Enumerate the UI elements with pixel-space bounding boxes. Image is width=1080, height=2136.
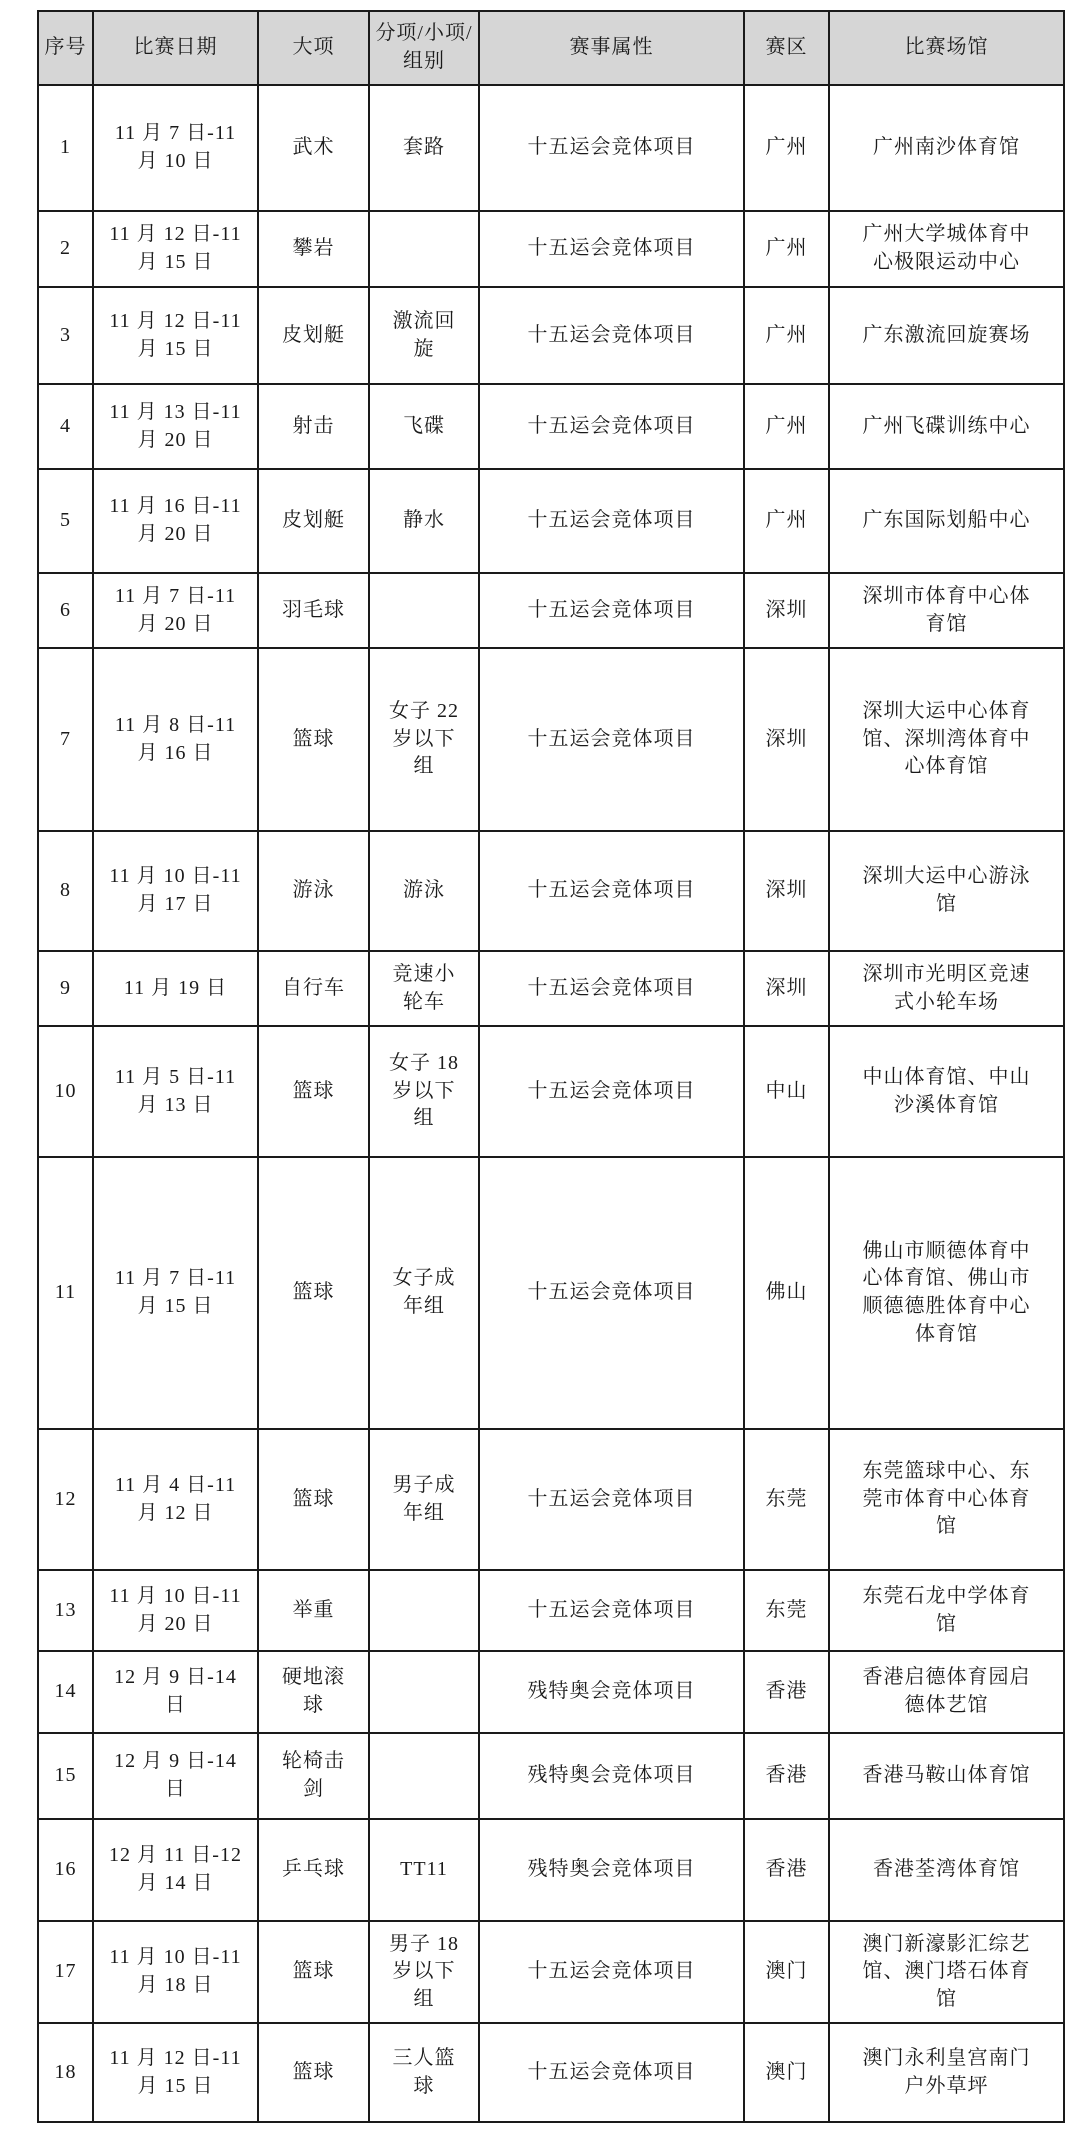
cell-zone: 香港 [744,1819,829,1921]
cell-subevent [369,573,479,648]
cell-index: 3 [38,287,93,384]
cell-sport: 游泳 [258,831,369,951]
cell-index: 1 [38,85,93,211]
cell-zone: 深圳 [744,831,829,951]
cell-sport: 硬地滚球 [258,1651,369,1733]
cell-zone: 广州 [744,287,829,384]
cell-attribute: 十五运会竞体项目 [479,384,744,469]
cell-index: 13 [38,1570,93,1651]
cell-index: 2 [38,211,93,287]
cell-attribute: 十五运会竞体项目 [479,1921,744,2023]
cell-venue: 广州南沙体育馆 [829,85,1064,211]
header-row: 序号 比赛日期 大项 分项/小项/组别 赛事属性 赛区 比赛场馆 [38,11,1064,85]
cell-subevent: 女子 22 岁以下组 [369,648,479,831]
cell-date: 11 月 12 日-11 月 15 日 [93,211,258,287]
cell-attribute: 十五运会竞体项目 [479,287,744,384]
cell-date: 12 月 11 日-12 月 14 日 [93,1819,258,1921]
cell-subevent: 激流回旋 [369,287,479,384]
cell-subevent: 三人篮球 [369,2023,479,2122]
column-header-sport: 大项 [258,11,369,85]
cell-attribute: 残特奥会竞体项目 [479,1651,744,1733]
cell-sport: 篮球 [258,1921,369,2023]
cell-subevent: 游泳 [369,831,479,951]
column-header-subevent: 分项/小项/组别 [369,11,479,85]
cell-sport: 武术 [258,85,369,211]
cell-zone: 佛山 [744,1157,829,1429]
cell-subevent: 男子成年组 [369,1429,479,1570]
cell-subevent: 竞速小轮车 [369,951,479,1026]
cell-date: 12 月 9 日-14 日 [93,1733,258,1819]
cell-index: 18 [38,2023,93,2122]
cell-subevent: 静水 [369,469,479,573]
cell-zone: 深圳 [744,951,829,1026]
cell-zone: 澳门 [744,1921,829,2023]
cell-venue: 佛山市顺德体育中心体育馆、佛山市顺德德胜体育中心体育馆 [829,1157,1064,1429]
table-row: 7 11 月 8 日-11 月 16 日 篮球 女子 22 岁以下组 十五运会竞… [38,648,1064,831]
cell-date: 11 月 10 日-11 月 17 日 [93,831,258,951]
cell-index: 10 [38,1026,93,1157]
cell-sport: 皮划艇 [258,287,369,384]
cell-index: 9 [38,951,93,1026]
cell-attribute: 十五运会竞体项目 [479,648,744,831]
cell-sport: 篮球 [258,1429,369,1570]
cell-attribute: 残特奥会竞体项目 [479,1733,744,1819]
cell-venue: 香港启德体育园启德体艺馆 [829,1651,1064,1733]
cell-index: 6 [38,573,93,648]
cell-attribute: 残特奥会竞体项目 [479,1819,744,1921]
cell-zone: 澳门 [744,2023,829,2122]
table-row: 13 11 月 10 日-11 月 20 日 举重 十五运会竞体项目 东莞 东莞… [38,1570,1064,1651]
table-row: 16 12 月 11 日-12 月 14 日 乒乓球 TT11 残特奥会竞体项目… [38,1819,1064,1921]
cell-attribute: 十五运会竞体项目 [479,211,744,287]
table-row: 3 11 月 12 日-11 月 15 日 皮划艇 激流回旋 十五运会竞体项目 … [38,287,1064,384]
cell-zone: 香港 [744,1651,829,1733]
cell-zone: 东莞 [744,1429,829,1570]
cell-date: 11 月 7 日-11 月 15 日 [93,1157,258,1429]
cell-date: 11 月 4 日-11 月 12 日 [93,1429,258,1570]
cell-index: 17 [38,1921,93,2023]
cell-venue: 广州飞碟训练中心 [829,384,1064,469]
cell-venue: 广东国际划船中心 [829,469,1064,573]
column-header-attribute: 赛事属性 [479,11,744,85]
cell-attribute: 十五运会竞体项目 [479,2023,744,2122]
cell-sport: 篮球 [258,648,369,831]
cell-sport: 轮椅击剑 [258,1733,369,1819]
cell-date: 11 月 13 日-11 月 20 日 [93,384,258,469]
cell-venue: 中山体育馆、中山沙溪体育馆 [829,1026,1064,1157]
cell-index: 7 [38,648,93,831]
cell-date: 12 月 9 日-14 日 [93,1651,258,1733]
cell-zone: 广州 [744,384,829,469]
cell-index: 5 [38,469,93,573]
cell-attribute: 十五运会竞体项目 [479,1026,744,1157]
cell-index: 4 [38,384,93,469]
cell-attribute: 十五运会竞体项目 [479,951,744,1026]
cell-zone: 深圳 [744,648,829,831]
cell-zone: 中山 [744,1026,829,1157]
cell-sport: 自行车 [258,951,369,1026]
cell-venue: 广东激流回旋赛场 [829,287,1064,384]
cell-index: 16 [38,1819,93,1921]
cell-attribute: 十五运会竞体项目 [479,573,744,648]
cell-venue: 东莞石龙中学体育馆 [829,1570,1064,1651]
table-row: 17 11 月 10 日-11 月 18 日 篮球 男子 18 岁以下组 十五运… [38,1921,1064,2023]
cell-venue: 深圳大运中心体育馆、深圳湾体育中心体育馆 [829,648,1064,831]
cell-sport: 皮划艇 [258,469,369,573]
column-header-zone: 赛区 [744,11,829,85]
cell-date: 11 月 19 日 [93,951,258,1026]
cell-sport: 篮球 [258,1026,369,1157]
table-row: 6 11 月 7 日-11 月 20 日 羽毛球 十五运会竞体项目 深圳 深圳市… [38,573,1064,648]
schedule-table: 序号 比赛日期 大项 分项/小项/组别 赛事属性 赛区 比赛场馆 1 11 月 … [37,10,1065,2123]
cell-attribute: 十五运会竞体项目 [479,1429,744,1570]
table-row: 9 11 月 19 日 自行车 竞速小轮车 十五运会竞体项目 深圳 深圳市光明区… [38,951,1064,1026]
cell-venue: 香港马鞍山体育馆 [829,1733,1064,1819]
cell-subevent: 女子成年组 [369,1157,479,1429]
cell-zone: 东莞 [744,1570,829,1651]
cell-subevent: TT11 [369,1819,479,1921]
table-row: 15 12 月 9 日-14 日 轮椅击剑 残特奥会竞体项目 香港 香港马鞍山体… [38,1733,1064,1819]
table-row: 1 11 月 7 日-11 月 10 日 武术 套路 十五运会竞体项目 广州 广… [38,85,1064,211]
cell-date: 11 月 12 日-11 月 15 日 [93,287,258,384]
cell-attribute: 十五运会竞体项目 [479,1157,744,1429]
cell-sport: 篮球 [258,1157,369,1429]
cell-date: 11 月 7 日-11 月 20 日 [93,573,258,648]
cell-attribute: 十五运会竞体项目 [479,85,744,211]
cell-zone: 深圳 [744,573,829,648]
cell-date: 11 月 16 日-11 月 20 日 [93,469,258,573]
cell-sport: 射击 [258,384,369,469]
cell-subevent: 女子 18 岁以下组 [369,1026,479,1157]
table-row: 4 11 月 13 日-11 月 20 日 射击 飞碟 十五运会竞体项目 广州 … [38,384,1064,469]
cell-zone: 广州 [744,469,829,573]
cell-venue: 东莞篮球中心、东莞市体育中心体育馆 [829,1429,1064,1570]
cell-index: 8 [38,831,93,951]
table-row: 10 11 月 5 日-11 月 13 日 篮球 女子 18 岁以下组 十五运会… [38,1026,1064,1157]
table-row: 5 11 月 16 日-11 月 20 日 皮划艇 静水 十五运会竞体项目 广州… [38,469,1064,573]
cell-subevent [369,1733,479,1819]
cell-subevent: 飞碟 [369,384,479,469]
cell-date: 11 月 10 日-11 月 20 日 [93,1570,258,1651]
table-row: 2 11 月 12 日-11 月 15 日 攀岩 十五运会竞体项目 广州 广州大… [38,211,1064,287]
cell-zone: 广州 [744,211,829,287]
cell-date: 11 月 5 日-11 月 13 日 [93,1026,258,1157]
table-body: 1 11 月 7 日-11 月 10 日 武术 套路 十五运会竞体项目 广州 广… [38,85,1064,2122]
cell-attribute: 十五运会竞体项目 [479,469,744,573]
column-header-venue: 比赛场馆 [829,11,1064,85]
cell-sport: 举重 [258,1570,369,1651]
cell-index: 14 [38,1651,93,1733]
cell-index: 15 [38,1733,93,1819]
cell-index: 12 [38,1429,93,1570]
table-row: 11 11 月 7 日-11 月 15 日 篮球 女子成年组 十五运会竞体项目 … [38,1157,1064,1429]
cell-index: 11 [38,1157,93,1429]
cell-venue: 深圳市光明区竞速式小轮车场 [829,951,1064,1026]
cell-venue: 广州大学城体育中心极限运动中心 [829,211,1064,287]
cell-date: 11 月 12 日-11 月 15 日 [93,2023,258,2122]
cell-attribute: 十五运会竞体项目 [479,1570,744,1651]
cell-sport: 羽毛球 [258,573,369,648]
cell-zone: 香港 [744,1733,829,1819]
cell-venue: 澳门永利皇宫南门户外草坪 [829,2023,1064,2122]
cell-date: 11 月 10 日-11 月 18 日 [93,1921,258,2023]
column-header-date: 比赛日期 [93,11,258,85]
cell-venue: 深圳大运中心游泳馆 [829,831,1064,951]
cell-sport: 篮球 [258,2023,369,2122]
table-row: 14 12 月 9 日-14 日 硬地滚球 残特奥会竞体项目 香港 香港启德体育… [38,1651,1064,1733]
cell-venue: 澳门新濠影汇综艺馆、澳门塔石体育馆 [829,1921,1064,2023]
table-header: 序号 比赛日期 大项 分项/小项/组别 赛事属性 赛区 比赛场馆 [38,11,1064,85]
cell-attribute: 十五运会竞体项目 [479,831,744,951]
cell-venue: 香港荃湾体育馆 [829,1819,1064,1921]
cell-sport: 攀岩 [258,211,369,287]
cell-subevent: 男子 18 岁以下组 [369,1921,479,2023]
cell-date: 11 月 8 日-11 月 16 日 [93,648,258,831]
cell-subevent [369,211,479,287]
cell-subevent [369,1651,479,1733]
table-row: 18 11 月 12 日-11 月 15 日 篮球 三人篮球 十五运会竞体项目 … [38,2023,1064,2122]
cell-date: 11 月 7 日-11 月 10 日 [93,85,258,211]
cell-venue: 深圳市体育中心体育馆 [829,573,1064,648]
cell-subevent: 套路 [369,85,479,211]
column-header-index: 序号 [38,11,93,85]
cell-zone: 广州 [744,85,829,211]
table-row: 8 11 月 10 日-11 月 17 日 游泳 游泳 十五运会竞体项目 深圳 … [38,831,1064,951]
cell-sport: 乒乓球 [258,1819,369,1921]
table-row: 12 11 月 4 日-11 月 12 日 篮球 男子成年组 十五运会竞体项目 … [38,1429,1064,1570]
cell-subevent [369,1570,479,1651]
